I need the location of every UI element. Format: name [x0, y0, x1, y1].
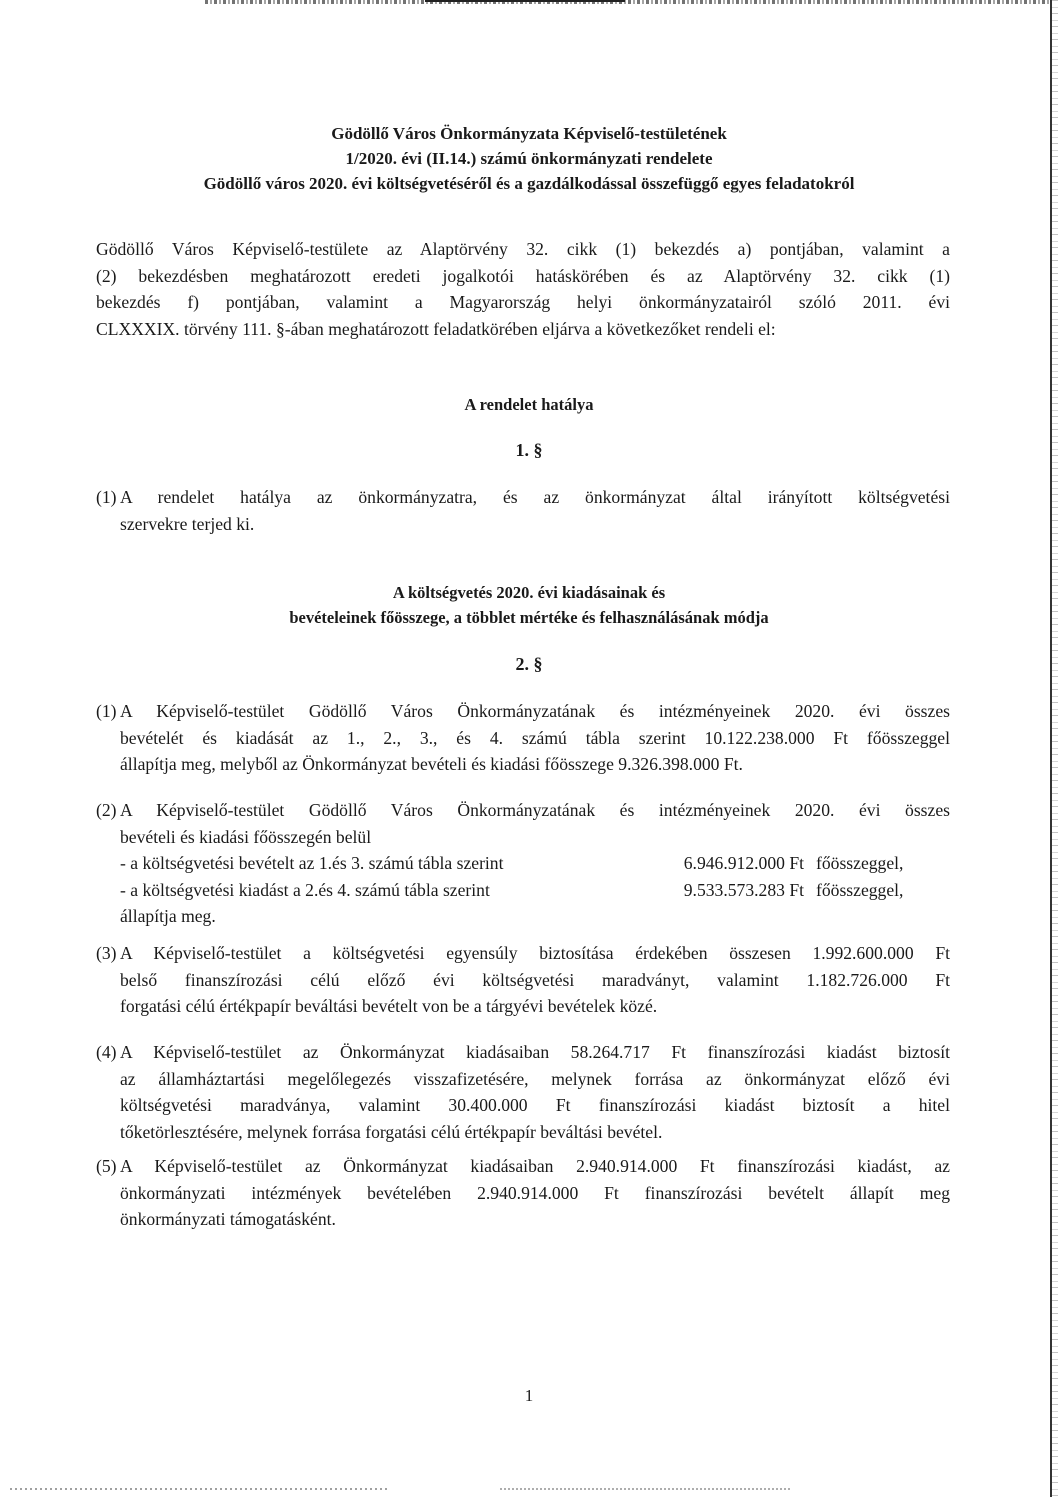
section-1-heading: A rendelet hatálya [0, 392, 1058, 417]
page-number: 1 [0, 1386, 1058, 1406]
item-line: A rendelet hatálya az önkormányzatra, és… [120, 484, 950, 511]
item-line: költségvetési maradványa, valamint 30.40… [120, 1092, 950, 1119]
item-line: állapítja meg. [120, 903, 950, 930]
scan-edge-bottom-2 [500, 1488, 790, 1490]
heading-line: A költségvetés 2020. évi kiadásainak és [0, 580, 1058, 605]
item-line: A Képviselő-testület az Önkormányzat kia… [120, 1039, 950, 1066]
section-1-item-1: (1) A rendelet hatálya az önkormányzatra… [96, 484, 950, 537]
item-line: belső finanszírozási célú előző évi költ… [120, 967, 950, 994]
item-line: az államháztartási megelőlegezés visszaf… [120, 1066, 950, 1093]
item-line: állapítja meg, melyből az Önkormányzat b… [120, 751, 950, 778]
item-number: (5) [96, 1153, 117, 1180]
preamble-line: Gödöllő Város Képviselő-testülete az Ala… [96, 236, 950, 263]
section-2-item-4: (4) A Képviselő-testület az Önkormányzat… [96, 1039, 950, 1145]
budget-row-expense: - a költségvetési kiadást a 2.és 4. szám… [120, 877, 950, 904]
section-2-item-3: (3) A Képviselő-testület a költségvetési… [96, 940, 950, 1020]
section-2-mark: 2. § [0, 654, 1058, 675]
item-line: forgatási célú értékpapír beváltási bevé… [120, 993, 950, 1020]
scan-edge-top [205, 0, 1050, 4]
budget-row-desc: - a költségvetési kiadást a 2.és 4. szám… [120, 877, 644, 904]
budget-row-amount: 6.946.912.000 Ft [644, 850, 804, 877]
item-line: A Képviselő-testület Gödöllő Város Önkor… [120, 698, 950, 725]
item-line: bevételi és kiadási főösszegén belül [120, 824, 950, 851]
item-number: (1) [96, 484, 117, 511]
item-number: (3) [96, 940, 117, 967]
budget-row-suffix: főösszeggel, [804, 877, 903, 904]
scan-edge-bottom [10, 1488, 390, 1490]
item-number: (4) [96, 1039, 117, 1066]
section-2-heading: A költségvetés 2020. évi kiadásainak és … [0, 580, 1058, 630]
item-line: szervekre terjed ki. [120, 511, 950, 538]
section-2-item-2: (2) A Képviselő-testület Gödöllő Város Ö… [96, 797, 950, 930]
preamble-line: bekezdés f) pontjában, valamint a Magyar… [96, 289, 950, 316]
item-line: bevételét és kiadását az 1., 2., 3., és … [120, 725, 950, 752]
title-line: Gödöllő Város Önkormányzata Képviselő-te… [0, 121, 1058, 146]
item-line: önkormányzati támogatásként. [120, 1206, 950, 1233]
preamble-line: CLXXXIX. törvény 111. §-ában meghatározo… [96, 316, 950, 343]
preamble-line: (2) bekezdésben meghatározott eredeti jo… [96, 263, 950, 290]
scan-edge-top-line [425, 0, 625, 2]
preamble: Gödöllő Város Képviselő-testülete az Ala… [96, 236, 950, 342]
section-1-mark: 1. § [0, 440, 1058, 461]
item-number: (2) [96, 797, 117, 824]
document-title: Gödöllő Város Önkormányzata Képviselő-te… [0, 121, 1058, 196]
heading-line: bevételeinek főösszege, a többlet mérték… [0, 605, 1058, 630]
item-number: (1) [96, 698, 117, 725]
scan-noise-right [1052, 0, 1058, 1497]
item-line: önkormányzati intézmények bevételében 2.… [120, 1180, 950, 1207]
section-2-item-1: (1) A Képviselő-testület Gödöllő Város Ö… [96, 698, 950, 778]
item-line: A Képviselő-testület az Önkormányzat kia… [120, 1153, 950, 1180]
item-line: tőketörlesztésére, melynek forrása forga… [120, 1119, 950, 1146]
item-line: A Képviselő-testület Gödöllő Város Önkor… [120, 797, 950, 824]
budget-row-suffix: főösszeggel, [804, 850, 903, 877]
title-line: 1/2020. évi (II.14.) számú önkormányzati… [0, 146, 1058, 171]
item-line: A Képviselő-testület a költségvetési egy… [120, 940, 950, 967]
budget-row-amount: 9.533.573.283 Ft [644, 877, 804, 904]
budget-row-desc: - a költségvetési bevételt az 1.és 3. sz… [120, 850, 644, 877]
budget-row-revenue: - a költségvetési bevételt az 1.és 3. sz… [120, 850, 950, 877]
section-2-item-5: (5) A Képviselő-testület az Önkormányzat… [96, 1153, 950, 1233]
title-line: Gödöllő város 2020. évi költségvetéséről… [0, 171, 1058, 196]
